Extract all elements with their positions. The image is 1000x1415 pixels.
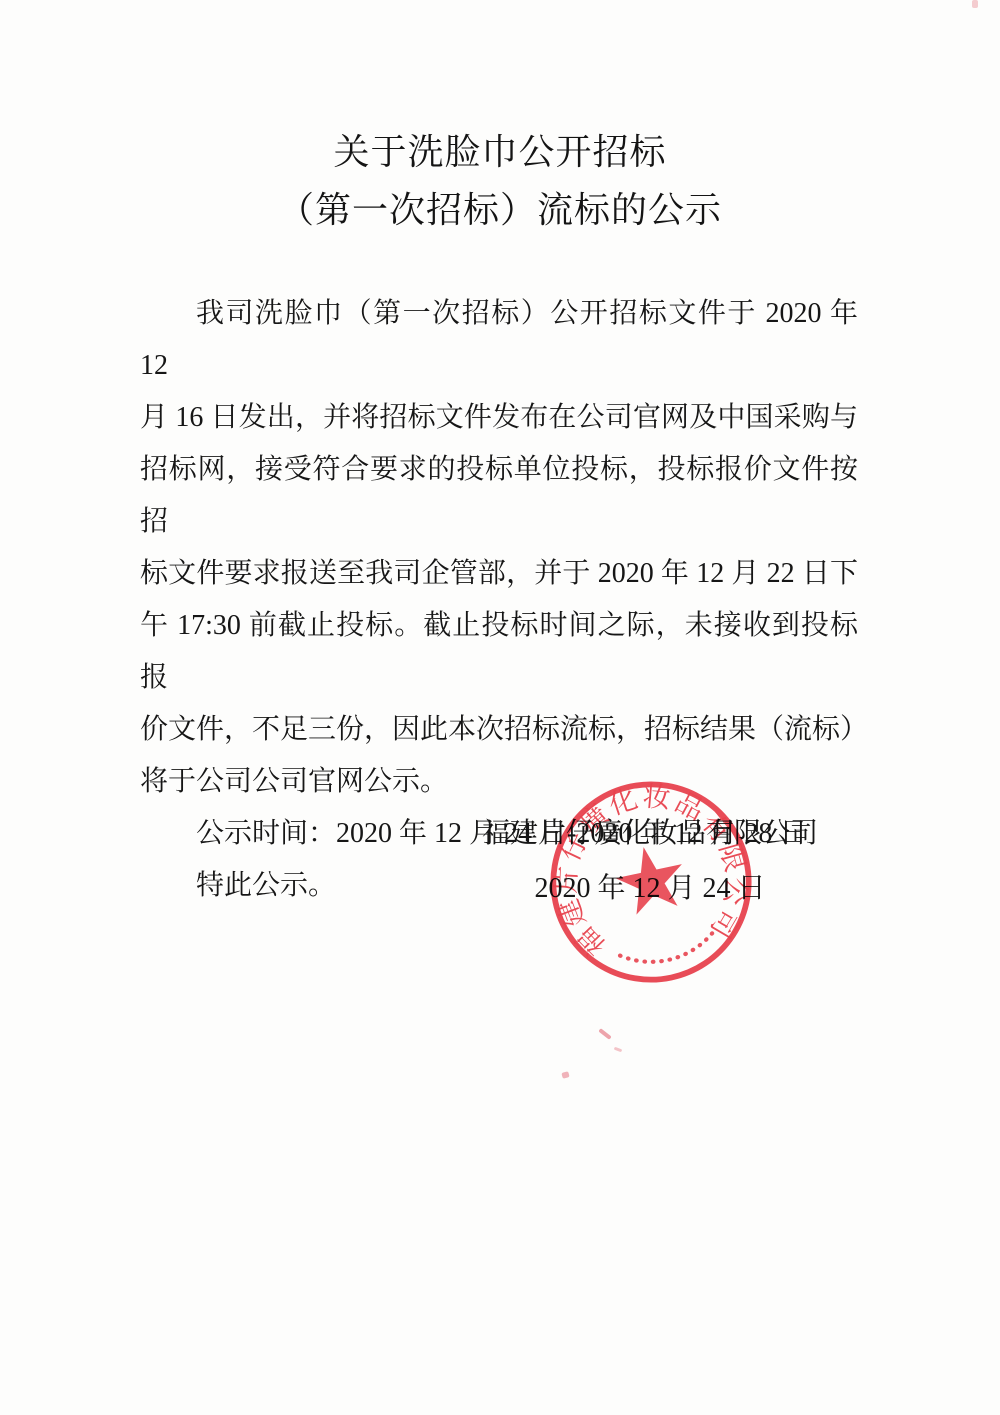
body-line: 月 16 日发出，并将招标文件发布在公司官网及中国采购与 [140,392,858,444]
ink-smudge [972,0,978,8]
ink-smudge [561,1071,569,1079]
scanned-notice-page: 关于洗脸巾公开招标 （第一次招标）流标的公示 我司洗脸巾（第一次招标）公开招标文… [0,0,1000,1415]
signature-date: 2020 年 12 月 24 日 [478,861,822,916]
ink-smudge [614,1047,623,1053]
body-line: 午 17:30 前截止投标。截止投标时间之际，未接收到投标报 [140,600,858,704]
body-line: 招标网，接受符合要求的投标单位投标，投标报价文件按招 [140,444,858,548]
title-line-1: 关于洗脸巾公开招标 [0,123,1000,181]
body-line: 我司洗脸巾（第一次招标）公开招标文件于 2020 年 12 [140,288,858,392]
body-line: 标文件要求报送至我司企管部，并于 2020 年 12 月 22 日下 [140,548,858,600]
signature-block: 福建片仔癀化妆品有限公司 2020 年 12 月 24 日 [478,806,822,916]
document-title: 关于洗脸巾公开招标 （第一次招标）流标的公示 [0,123,1000,239]
body-line: 价文件，不足三份，因此本次招标流标，招标结果（流标） [140,704,858,756]
seal-serial-dots [616,933,716,970]
signature-company: 福建片仔癀化妆品有限公司 [478,806,822,861]
ink-smudge [598,1028,611,1040]
title-line-2: （第一次招标）流标的公示 [0,181,1000,239]
body-line: 将于公司公司官网公示。 [140,756,858,808]
